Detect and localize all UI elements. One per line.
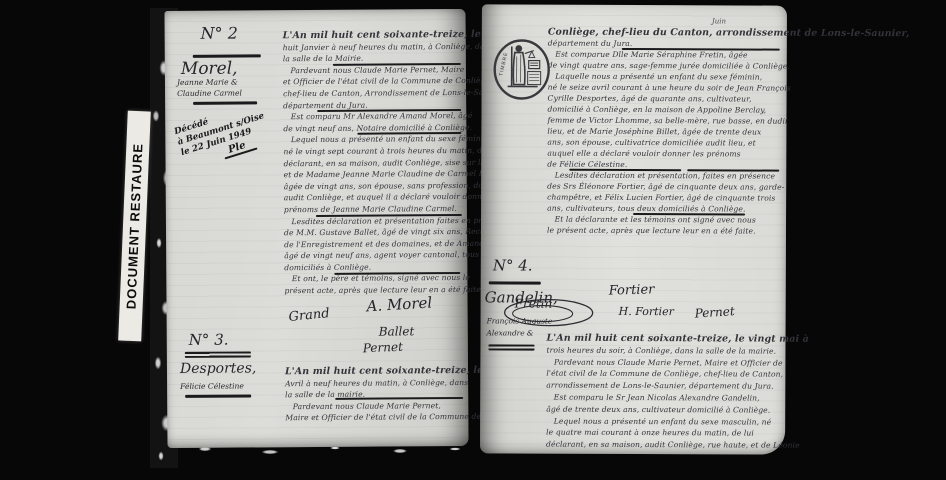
- handwritten-line: arrondissement de Lons-le-Saunier, dépar…: [546, 380, 782, 393]
- svg-text:TIMBRE: TIMBRE: [498, 51, 509, 77]
- handwritten-line: présent acte, après que lecture leur en …: [284, 284, 464, 297]
- restoration-label-text: DOCUMENT RESTAURE: [124, 143, 146, 310]
- handwritten-line: L'An mil huit cent soixante-treize, le v…: [283, 29, 463, 42]
- act3-surname: Desportes,: [180, 360, 256, 377]
- signature-morel: A. Morel: [366, 293, 433, 315]
- handwritten-line: Pardevant nous Claude Marie Pernet, Mair…: [546, 356, 782, 369]
- handwritten-line: Maire et Officier de l'état civil de la …: [285, 411, 465, 424]
- handwritten-line: l'état civil de la Commune de Conliège, …: [546, 368, 782, 381]
- act4-given-name-1: François Auguste: [487, 316, 553, 325]
- signature-fortier: Fortier: [609, 282, 655, 298]
- act4-surname: Gandelin,: [485, 288, 558, 306]
- handwritten-line: le présent acte, après que lecture leur …: [547, 225, 781, 237]
- handwritten-line: de M.M. Gustave Ballet, âgé de vingt six…: [284, 226, 464, 239]
- month-annotation: Juin: [712, 17, 726, 25]
- restoration-label: DOCUMENT RESTAURE: [118, 111, 151, 342]
- act2-given-name-2: Claudine Carmel: [177, 89, 242, 98]
- register-page-right: Juin TIMBRE Conliège, chef-lieu du Canto…: [480, 4, 787, 454]
- act2-body-text: L'An mil huit cent soixante-treize, le v…: [283, 29, 465, 297]
- act4-given-name-2: Alexandre &: [487, 328, 534, 337]
- register-page-left: N° 2 Morel, Jeanne Marie & Claudine Carm…: [164, 9, 468, 448]
- handwritten-line: âgé de trente deux ans, cultivateur domi…: [546, 403, 782, 416]
- revenue-stamp-icon: TIMBRE: [492, 36, 552, 102]
- handwritten-line: né le vingt sept courant à trois heures …: [283, 145, 463, 158]
- handwritten-line: Avril à neuf heures du matin, à Conliège…: [285, 377, 465, 390]
- underline: [185, 351, 251, 357]
- underline: [489, 281, 541, 284]
- handwritten-line: chef-lieu de Canton, Arrondissement de L…: [283, 87, 463, 100]
- underline: [193, 54, 261, 57]
- handwritten-line: L'An mil huit cent soixante-treize, le v…: [546, 333, 782, 346]
- handwritten-line: L'An mil huit cent soixante-treize, le d…: [285, 365, 465, 378]
- act4-body-text: L'An mil huit cent soixante-treize, le v…: [546, 333, 783, 452]
- underline: [488, 344, 534, 350]
- handwritten-line: Est comparu Mr Alexandre Amand Morel, âg…: [283, 110, 463, 123]
- act2-surname: Morel,: [181, 59, 238, 79]
- signature-pernet: Pernet: [363, 340, 404, 356]
- handwritten-line: trois heures du soir, à Conliège, dans l…: [546, 344, 782, 357]
- signature-fortier-2: H. Fortier: [619, 305, 674, 318]
- handwritten-line: Lequel nous a présenté un enfant du sexe…: [546, 415, 782, 428]
- act2-given-name-1: Jeanne Marie &: [177, 78, 238, 87]
- signature-pernet-2: Pernet: [694, 304, 735, 321]
- act3-body-text-right: Conliège, chef-lieu du Canton, arrondiss…: [547, 27, 782, 237]
- handwritten-line: et de Madame Jeanne Marie Claudine de Ca…: [284, 168, 464, 181]
- scanned-register-photo: DOCUMENT RESTAURE N° 2 Morel, Jeanne Mar…: [0, 0, 946, 480]
- handwritten-line: Est comparu le Sr Jean Nicolas Alexandre…: [546, 392, 782, 405]
- handwritten-line: huit Janvier à neuf heures du matin, à C…: [283, 41, 463, 54]
- handwritten-line: déclarant, en sa maison, audit Conliège,…: [546, 439, 782, 452]
- act3-given-names: Félicie Célestine: [180, 382, 244, 391]
- act2-number: N° 2: [201, 24, 238, 43]
- act4-number: N° 4.: [493, 256, 533, 274]
- handwritten-line: âgé de vingt neuf ans, agent voyer canto…: [284, 249, 464, 262]
- handwritten-line: le quatre mai courant à onze heures du m…: [546, 427, 782, 440]
- signature-ballet: Ballet: [379, 324, 415, 338]
- act3-number: N° 3.: [189, 331, 229, 349]
- signature-grand: Grand: [288, 306, 330, 325]
- act3-body-text-left: L'An mil huit cent soixante-treize, le d…: [285, 365, 465, 424]
- underline: [185, 394, 251, 397]
